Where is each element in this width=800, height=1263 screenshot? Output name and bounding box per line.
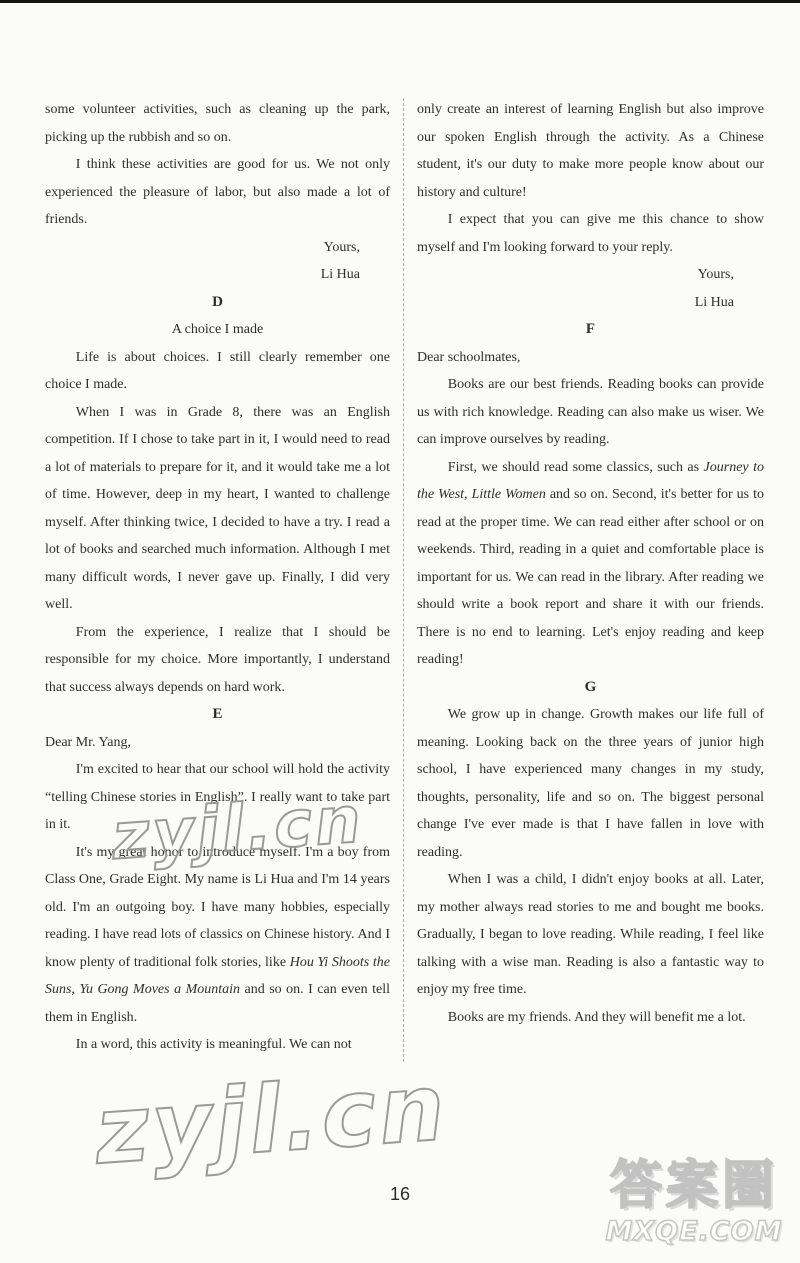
section-heading: G	[417, 674, 764, 702]
section-heading: E	[45, 701, 390, 729]
text-run: We grow up in change. Growth makes our l…	[417, 707, 764, 860]
paragraph: From the experience, I realize that I sh…	[45, 619, 390, 702]
text-run: and so on. Second, it's better for us to…	[417, 487, 764, 667]
text-run: Life is about choices. I still clearly r…	[45, 350, 390, 393]
text-run: From the experience, I realize that I sh…	[45, 625, 390, 695]
scanned-page: some volunteer activities, such as clean…	[0, 0, 800, 1263]
text-run: only create an interest of learning Engl…	[417, 102, 764, 200]
answer-site-logo: 答案圈 MXQE.COM	[594, 1160, 794, 1245]
text-run: G	[585, 679, 597, 695]
paragraph: When I was a child, I didn't enjoy books…	[417, 866, 764, 1004]
text-run: When I was in Grade 8, there was an Engl…	[45, 405, 390, 613]
paragraph: First, we should read some classics, suc…	[417, 454, 764, 674]
paragraph: We grow up in change. Growth makes our l…	[417, 701, 764, 866]
signature-line: Li Hua	[417, 289, 764, 317]
paragraph: Dear Mr. Yang,	[45, 729, 390, 757]
text-run: A choice I made	[172, 322, 263, 337]
paragraph: In a word, this activity is meaningful. …	[45, 1031, 390, 1059]
text-run: Yours,	[698, 267, 734, 282]
text-run: Yours,	[324, 240, 360, 255]
text-run: some volunteer activities, such as clean…	[45, 102, 390, 145]
text-run: Dear Mr. Yang,	[45, 735, 131, 750]
text-run: I'm excited to hear that our school will…	[45, 762, 390, 832]
text-run: D	[212, 294, 223, 310]
text-run: It's my great honor to introduce myself.…	[45, 845, 390, 970]
two-column-text-area: some volunteer activities, such as clean…	[45, 96, 764, 1062]
book-title-italic: Yu Gong Moves a Mountain	[79, 982, 240, 997]
signature-line: Yours,	[45, 234, 390, 262]
text-run: Li Hua	[695, 295, 734, 310]
signature-line: Yours,	[417, 261, 764, 289]
paragraph: I'm excited to hear that our school will…	[45, 756, 390, 839]
paragraph: Books are our best friends. Reading book…	[417, 371, 764, 454]
top-border-rule	[0, 0, 800, 3]
watermark-zyjl-bottom: zyjl.cn	[92, 1054, 451, 1185]
paragraph: I think these activities are good for us…	[45, 151, 390, 234]
paragraph: Dear schoolmates,	[417, 344, 764, 372]
paragraph: I expect that you can give me this chanc…	[417, 206, 764, 261]
logo-chinese-text: 答案圈	[594, 1160, 794, 1212]
text-run: Dear schoolmates,	[417, 350, 520, 365]
text-run: E	[212, 706, 222, 722]
paragraph: When I was in Grade 8, there was an Engl…	[45, 399, 390, 619]
section-heading: F	[417, 316, 764, 344]
text-run: In a word, this activity is meaningful. …	[76, 1037, 352, 1052]
signature-line: Li Hua	[45, 261, 390, 289]
book-title-italic: Little Women	[472, 487, 546, 502]
text-run: F	[586, 321, 595, 337]
text-run: When I was a child, I didn't enjoy books…	[417, 872, 764, 997]
text-run: First, we should read some classics, suc…	[448, 460, 704, 475]
paragraph: It's my great honor to introduce myself.…	[45, 839, 390, 1032]
paragraph: some volunteer activities, such as clean…	[45, 96, 390, 151]
column-divider	[403, 98, 404, 1062]
logo-url-text: MXQE.COM	[594, 1218, 794, 1245]
paragraph: only create an interest of learning Engl…	[417, 96, 764, 206]
text-run: Books are my friends. And they will bene…	[448, 1010, 746, 1025]
section-heading: D	[45, 289, 390, 317]
paragraph: Books are my friends. And they will bene…	[417, 1004, 764, 1032]
text-run: I expect that you can give me this chanc…	[417, 212, 764, 255]
text-run: ,	[464, 487, 472, 502]
right-column: only create an interest of learning Engl…	[417, 96, 764, 1031]
essay-title: A choice I made	[45, 316, 390, 344]
text-run: Li Hua	[321, 267, 360, 282]
left-column: some volunteer activities, such as clean…	[45, 96, 390, 1059]
paragraph: Life is about choices. I still clearly r…	[45, 344, 390, 399]
text-run: Books are our best friends. Reading book…	[417, 377, 764, 447]
text-run: I think these activities are good for us…	[45, 157, 390, 227]
